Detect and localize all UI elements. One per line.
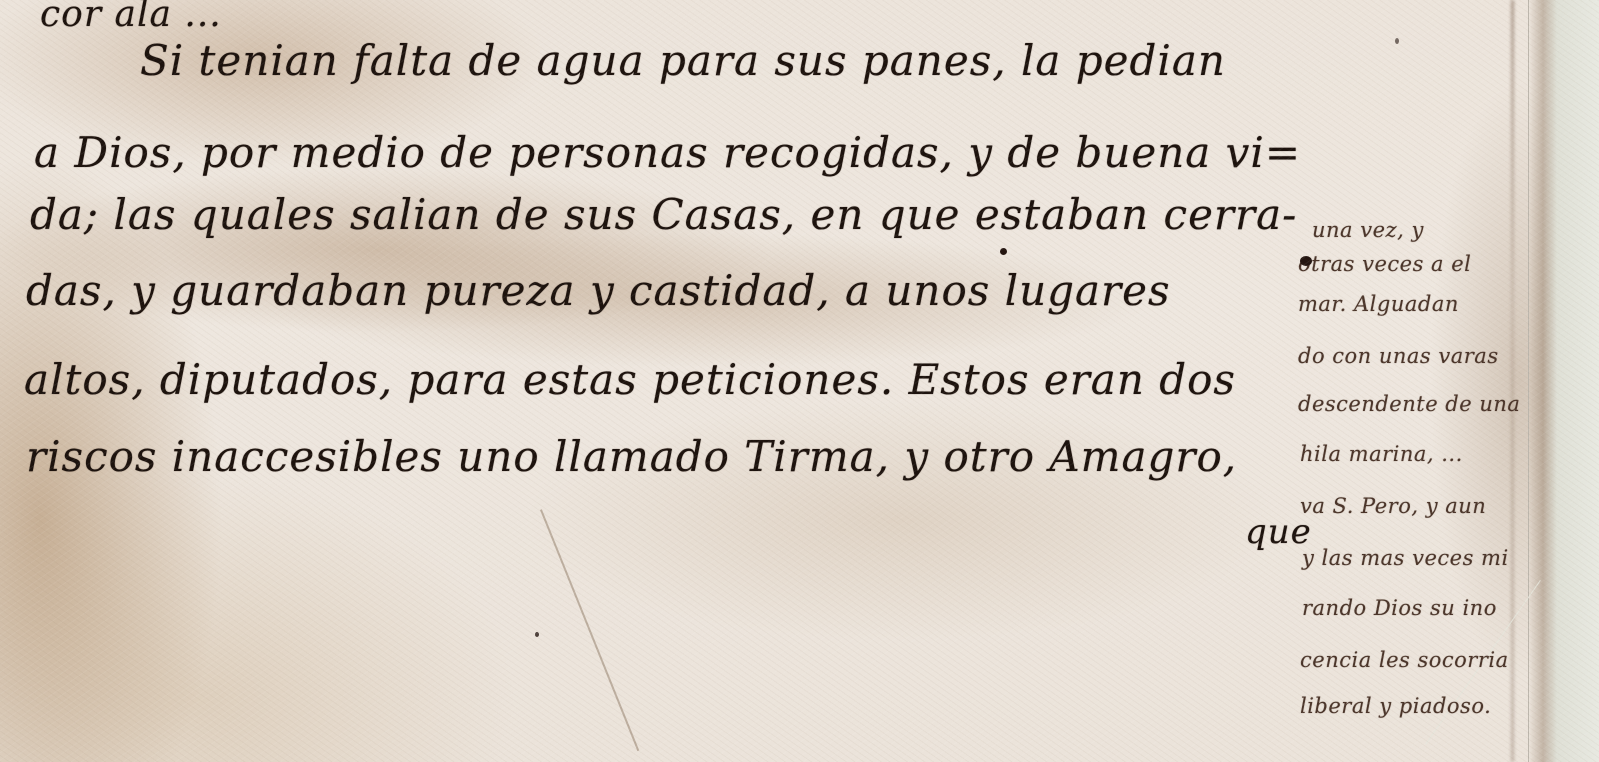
- text-line: da; las quales salian de sus Casas, en q…: [30, 190, 1297, 239]
- ink-blot: [535, 632, 539, 637]
- paper-crease: [540, 509, 639, 751]
- margin-line: y las mas veces mi: [1302, 546, 1509, 570]
- ink-blot: [1395, 38, 1399, 44]
- margin-line: cencia les socorria: [1300, 648, 1509, 672]
- margin-line: mar. Alguadan: [1298, 292, 1459, 316]
- manuscript-page: cor ala ... Si tenian falta de agua para…: [0, 0, 1599, 762]
- text-line: altos, diputados, para estas peticiones.…: [24, 355, 1236, 404]
- text-line: riscos inaccesibles uno llamado Tirma, y…: [26, 432, 1237, 481]
- binding-shadow: [1511, 0, 1514, 762]
- margin-line: hila marina, ...: [1300, 442, 1463, 466]
- text-line: Si tenian falta de agua para sus panes, …: [140, 36, 1226, 85]
- ink-blot: [1000, 248, 1007, 255]
- margin-line: una vez, y: [1312, 218, 1424, 242]
- margin-line: liberal y piadoso.: [1300, 694, 1491, 718]
- margin-line: va S. Pero, y aun: [1300, 494, 1486, 518]
- margin-line: do con unas varas: [1298, 344, 1499, 368]
- page-edge: [1528, 0, 1599, 762]
- text-line: cor ala ...: [40, 0, 222, 35]
- ink-blot: [1300, 256, 1312, 266]
- margin-line: otras veces a el: [1298, 252, 1471, 276]
- margin-line: descendente de una: [1298, 392, 1520, 416]
- text-line: das, y guardaban pureza y castidad, a un…: [26, 266, 1171, 315]
- text-line: a Dios, por medio de personas recogidas,…: [34, 128, 1301, 177]
- margin-line: rando Dios su ino: [1302, 596, 1497, 620]
